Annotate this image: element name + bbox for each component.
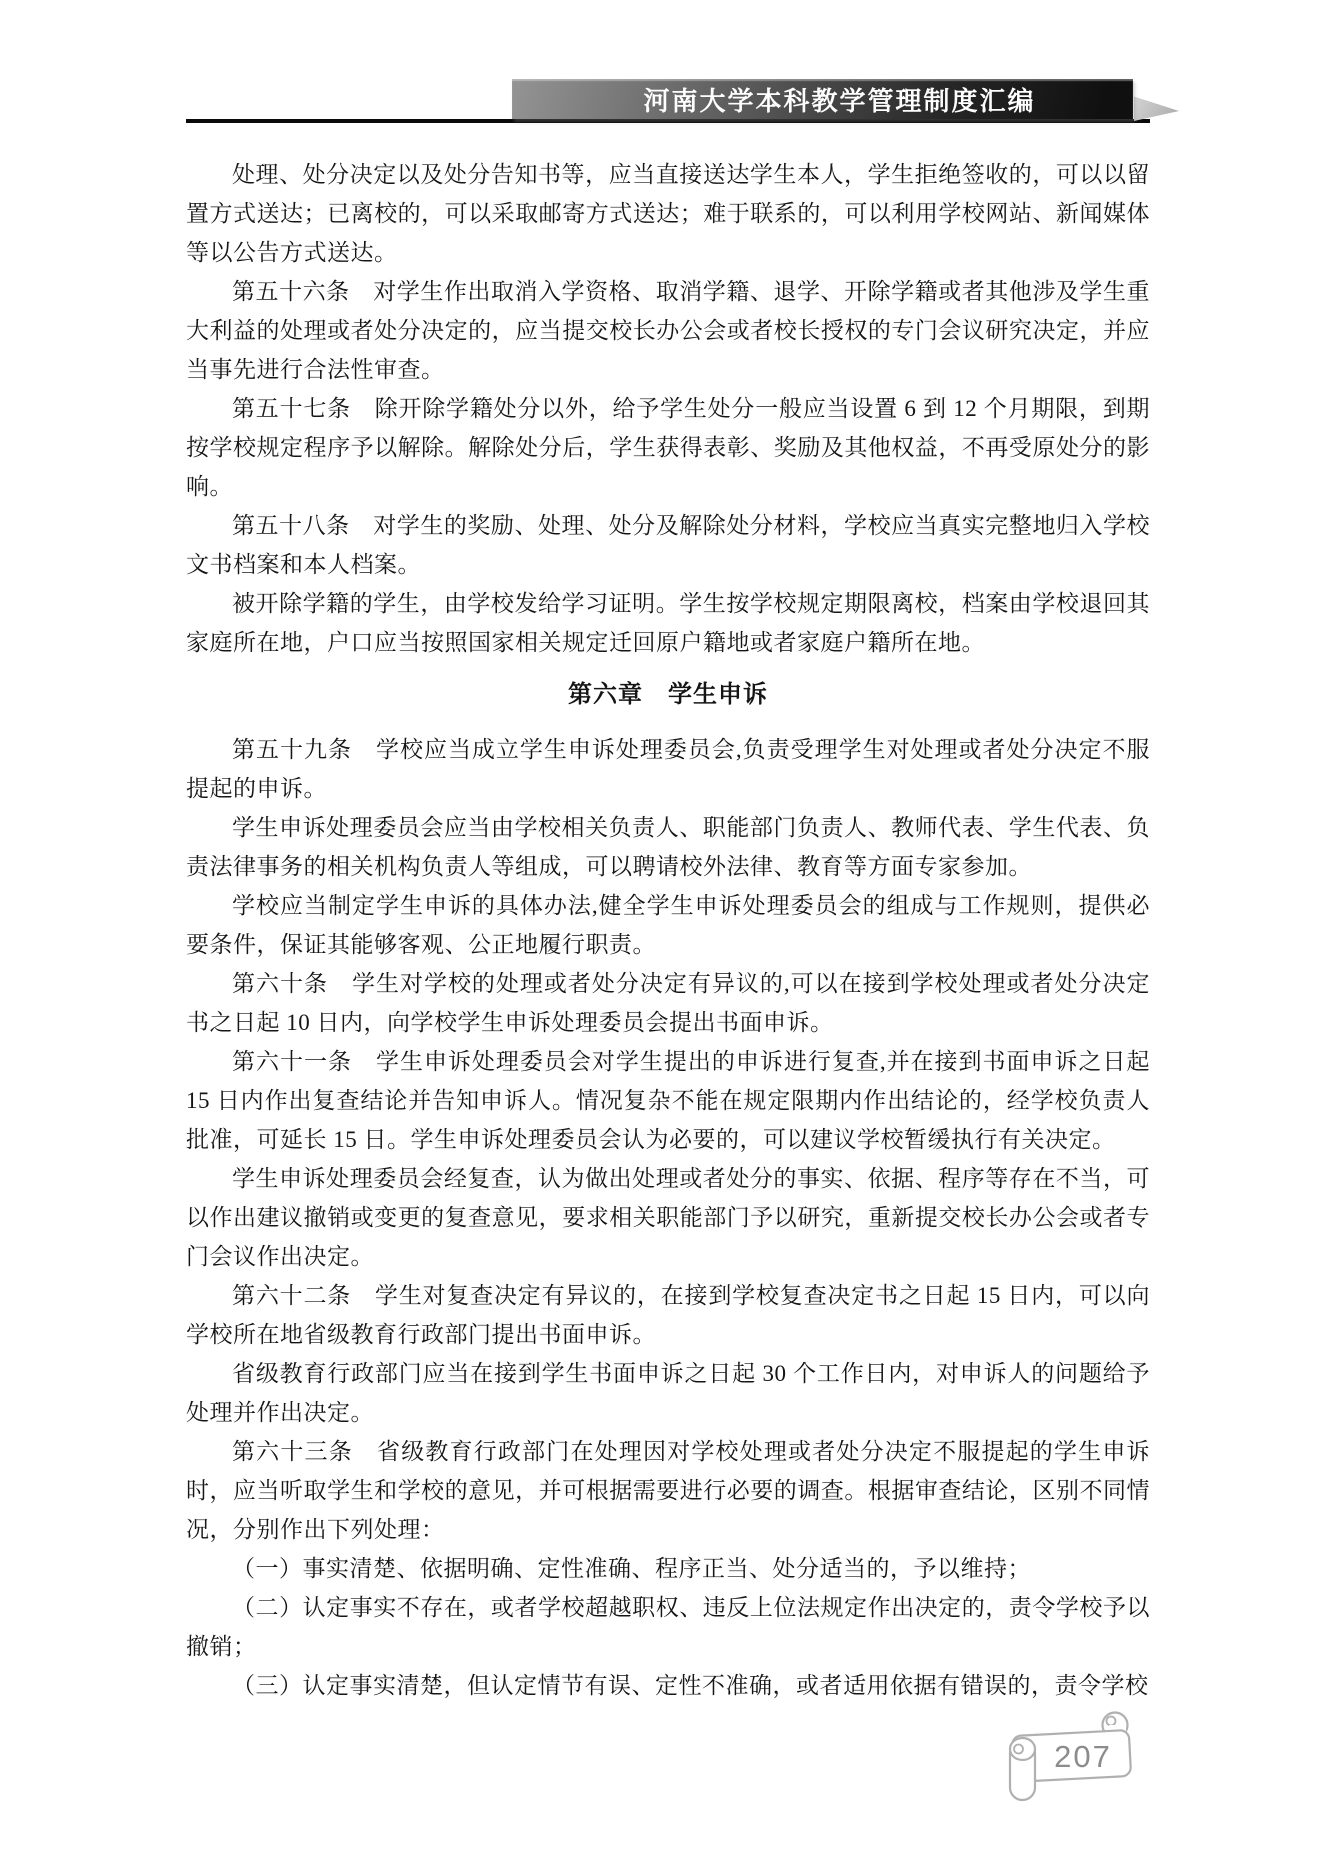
paragraph: 省级教育行政部门应当在接到学生书面申诉之日起 30 个工作日内，对申诉人的问题给… — [186, 1354, 1150, 1432]
paragraph-article-62: 第六十二条 学生对复查决定有异议的，在接到学校复查决定书之日起 15 日内，可以… — [186, 1276, 1150, 1354]
paragraph-article-57: 第五十七条 除开除学籍处分以外，给予学生处分一般应当设置 6 到 12 个月期限… — [186, 389, 1150, 506]
paragraph-list-item-2: （二）认定事实不存在，或者学校超越职权、违反上位法规定作出决定的，责令学校予以撤… — [186, 1588, 1150, 1666]
document-body: 处理、处分决定以及处分告知书等，应当直接送达学生本人，学生拒绝签收的，可以以留置… — [186, 155, 1150, 1705]
paragraph: 学生申诉处理委员会经复查，认为做出处理或者处分的事实、依据、程序等存在不当，可以… — [186, 1159, 1150, 1276]
paragraph-article-56: 第五十六条 对学生作出取消入学资格、取消学籍、退学、开除学籍或者其他涉及学生重大… — [186, 272, 1150, 389]
banner-tail-arrow-icon — [1134, 96, 1179, 121]
paragraph-article-61: 第六十一条 学生申诉处理委员会对学生提出的申诉进行复查,并在接到书面申诉之日起 … — [186, 1042, 1150, 1159]
page-header-banner: 河南大学本科教学管理制度汇编 — [512, 79, 1133, 119]
paragraph-article-63: 第六十三条 省级教育行政部门在处理因对学校处理或者处分决定不服提起的学生申诉时，… — [186, 1432, 1150, 1549]
paragraph-article-58: 第五十八条 对学生的奖励、处理、处分及解除处分材料，学校应当真实完整地归入学校文… — [186, 506, 1150, 584]
page-number: 207 — [1054, 1739, 1112, 1774]
page-number-scroll-icon: 207 — [1005, 1708, 1177, 1806]
chapter-heading: 第六章 学生申诉 — [186, 675, 1150, 714]
paragraph: 处理、处分决定以及处分告知书等，应当直接送达学生本人，学生拒绝签收的，可以以留置… — [186, 155, 1150, 272]
paragraph-list-item-3: （三）认定事实清楚，但认定情节有误、定性不准确，或者适用依据有错误的，责令学校 — [186, 1666, 1150, 1705]
paragraph-article-60: 第六十条 学生对学校的处理或者处分决定有异议的,可以在接到学校处理或者处分决定书… — [186, 964, 1150, 1042]
header-title: 河南大学本科教学管理制度汇编 — [609, 81, 1035, 118]
paragraph: 学校应当制定学生申诉的具体办法,健全学生申诉处理委员会的组成与工作规则，提供必要… — [186, 886, 1150, 964]
document-page: 河南大学本科教学管理制度汇编 处理、处分决定以及处分告知书等，应当直接送达学生本… — [0, 0, 1323, 1871]
paragraph-article-59: 第五十九条 学校应当成立学生申诉处理委员会,负责受理学生对处理或者处分决定不服提… — [186, 730, 1150, 808]
paragraph: 学生申诉处理委员会应当由学校相关负责人、职能部门负责人、教师代表、学生代表、负责… — [186, 808, 1150, 886]
header-rule — [186, 119, 1150, 123]
paragraph-list-item-1: （一）事实清楚、依据明确、定性准确、程序正当、处分适当的，予以维持； — [186, 1549, 1150, 1588]
paragraph: 被开除学籍的学生，由学校发给学习证明。学生按学校规定期限离校，档案由学校退回其家… — [186, 584, 1150, 662]
